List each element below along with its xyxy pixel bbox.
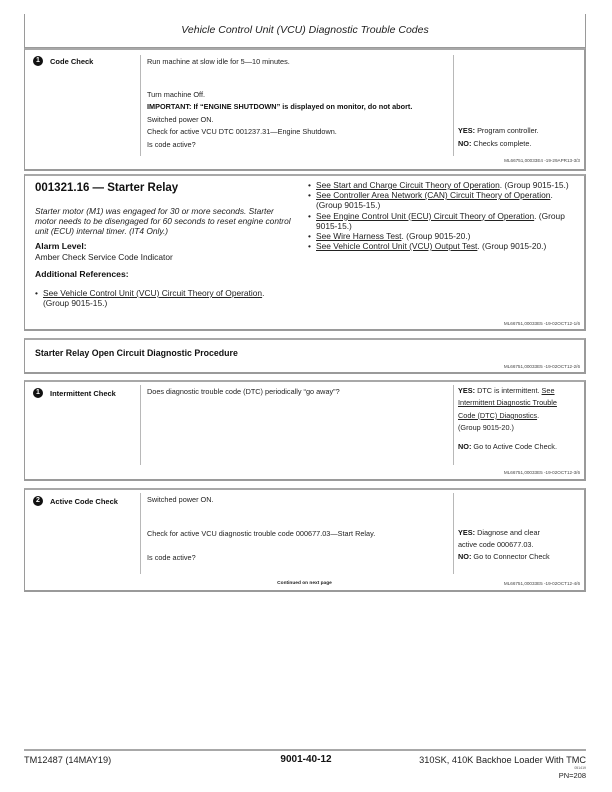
column-divider — [140, 493, 141, 574]
active-code-check-label: 2 Active Code Check — [33, 496, 118, 506]
no-result: NO: Checks complete. — [458, 138, 568, 150]
reference-item: See Vehicle Control Unit (VCU) Circuit T… — [35, 288, 285, 308]
step-label-text: Code Check — [50, 57, 93, 66]
step-text: Is code active? — [147, 553, 196, 562]
reference-link[interactable]: See Vehicle Control Unit (VCU) Circuit T… — [43, 288, 262, 298]
pn-number: PN=208 — [559, 771, 586, 780]
yes-text: Program controller. — [477, 126, 539, 135]
reference-link[interactable]: See Vehicle Control Unit (VCU) Output Te… — [316, 241, 477, 251]
reference-item: See Start and Charge Circuit Theory of O… — [308, 180, 578, 190]
important-note: IMPORTANT: If “ENGINE SHUTDOWN” is displ… — [147, 102, 412, 111]
step-text: Switched power ON. — [147, 115, 214, 124]
question-text: Does diagnostic trouble code (DTC) perio… — [147, 387, 340, 396]
alarm-level-label: Alarm Level: — [35, 241, 87, 251]
step-text: Is code active? — [147, 140, 196, 149]
reference-item: See Wire Harness Test. (Group 9015-20.) — [308, 231, 578, 241]
column-divider — [453, 55, 454, 156]
step-number-icon: 1 — [33, 56, 43, 66]
reference-item: See Engine Control Unit (ECU) Circuit Th… — [308, 211, 578, 231]
no-result: NO: Go to Connector Check — [458, 551, 558, 563]
step-text: Run machine at slow idle for 5—10 minute… — [147, 57, 290, 66]
yes-result: YES: Diagnose and clear active code 0006… — [458, 527, 558, 552]
no-text: Go to Active Code Check. — [473, 442, 557, 451]
reference-item: See Controller Area Network (CAN) Circui… — [308, 190, 578, 210]
column-divider — [453, 385, 454, 465]
yes-label: YES: — [458, 126, 475, 135]
reference-item: See Vehicle Control Unit (VCU) Output Te… — [308, 241, 578, 251]
page-header-title: Vehicle Control Unit (VCU) Diagnostic Tr… — [25, 24, 585, 36]
no-text: Checks complete. — [473, 139, 531, 148]
yes-result: YES: DTC is intermittent. See Intermitte… — [458, 385, 558, 435]
date-code: 051419 — [574, 766, 586, 770]
step-number-icon: 1 — [33, 388, 43, 398]
step-number-icon: 2 — [33, 496, 43, 506]
reference-code: ML66751,00033E5 -19-02OCT12-1/6 — [504, 321, 580, 326]
no-label: NO: — [458, 442, 471, 451]
column-divider — [453, 493, 454, 574]
no-label: NO: — [458, 552, 471, 561]
right-reference-list: See Start and Charge Circuit Theory of O… — [308, 180, 578, 251]
reference-code: ML66751,00033E4 -19-29APR13-3/3 — [504, 158, 580, 163]
procedure-title: Starter Relay Open Circuit Diagnostic Pr… — [35, 348, 238, 358]
step-label-text: Active Code Check — [50, 497, 118, 506]
additional-references-label: Additional References: — [35, 269, 129, 279]
step-label-text: Intermittent Check — [50, 389, 116, 398]
no-label: NO: — [458, 139, 471, 148]
no-text: Go to Connector Check — [473, 552, 549, 561]
reference-link[interactable]: See Wire Harness Test — [316, 231, 402, 241]
reference-link[interactable]: See Start and Charge Circuit Theory of O… — [316, 180, 500, 190]
step-text: Check for active VCU diagnostic trouble … — [147, 529, 375, 538]
continued-notice: Continued on next page — [25, 581, 584, 586]
alarm-level-value: Amber Check Service Code Indicator — [35, 252, 173, 262]
yes-result: YES: Program controller. — [458, 125, 568, 137]
yes-text: DTC is intermittent. — [477, 386, 539, 395]
page-header: Vehicle Control Unit (VCU) Diagnostic Tr… — [24, 14, 586, 48]
step-text: Switched power ON. — [147, 495, 214, 504]
step-text: Check for active VCU DTC 001237.31—Engin… — [147, 127, 337, 136]
column-divider — [140, 55, 141, 156]
column-divider — [140, 385, 141, 465]
yes-label: YES: — [458, 386, 475, 395]
dtc-box: 001321.16 — Starter Relay Starter motor … — [24, 174, 586, 331]
no-result: NO: Go to Active Code Check. — [458, 441, 558, 453]
dtc-description: Starter motor (M1) was engaged for 30 or… — [35, 206, 295, 237]
product-name: 310SK, 410K Backhoe Loader With TMC — [419, 755, 586, 765]
code-check-box: 1 Code Check Run machine at slow idle fo… — [24, 48, 586, 171]
intermittent-check-box: 1 Intermittent Check Does diagnostic tro… — [24, 380, 586, 481]
step-text: Turn machine Off. — [147, 90, 205, 99]
code-check-label: 1 Code Check — [33, 56, 93, 66]
dtc-title: 001321.16 — Starter Relay — [35, 182, 178, 194]
reference-link[interactable]: See Engine Control Unit (ECU) Circuit Th… — [316, 211, 534, 221]
intermittent-check-label: 1 Intermittent Check — [33, 388, 116, 398]
active-code-check-box: 2 Active Code Check Switched power ON. C… — [24, 488, 586, 592]
procedure-title-box: Starter Relay Open Circuit Diagnostic Pr… — [24, 338, 586, 374]
reference-code: ML66751,00033E5 -19-02OCT12-2/6 — [504, 364, 580, 369]
reference-code: ML66751,00033E5 -19-02OCT12-4/6 — [504, 581, 580, 586]
left-reference-list: See Vehicle Control Unit (VCU) Circuit T… — [35, 288, 285, 308]
footer-divider — [24, 749, 586, 751]
reference-code: ML66751,00033E5 -19-02OCT12-3/6 — [504, 470, 580, 475]
yes-label: YES: — [458, 528, 475, 537]
reference-link[interactable]: See Controller Area Network (CAN) Circui… — [316, 190, 550, 200]
